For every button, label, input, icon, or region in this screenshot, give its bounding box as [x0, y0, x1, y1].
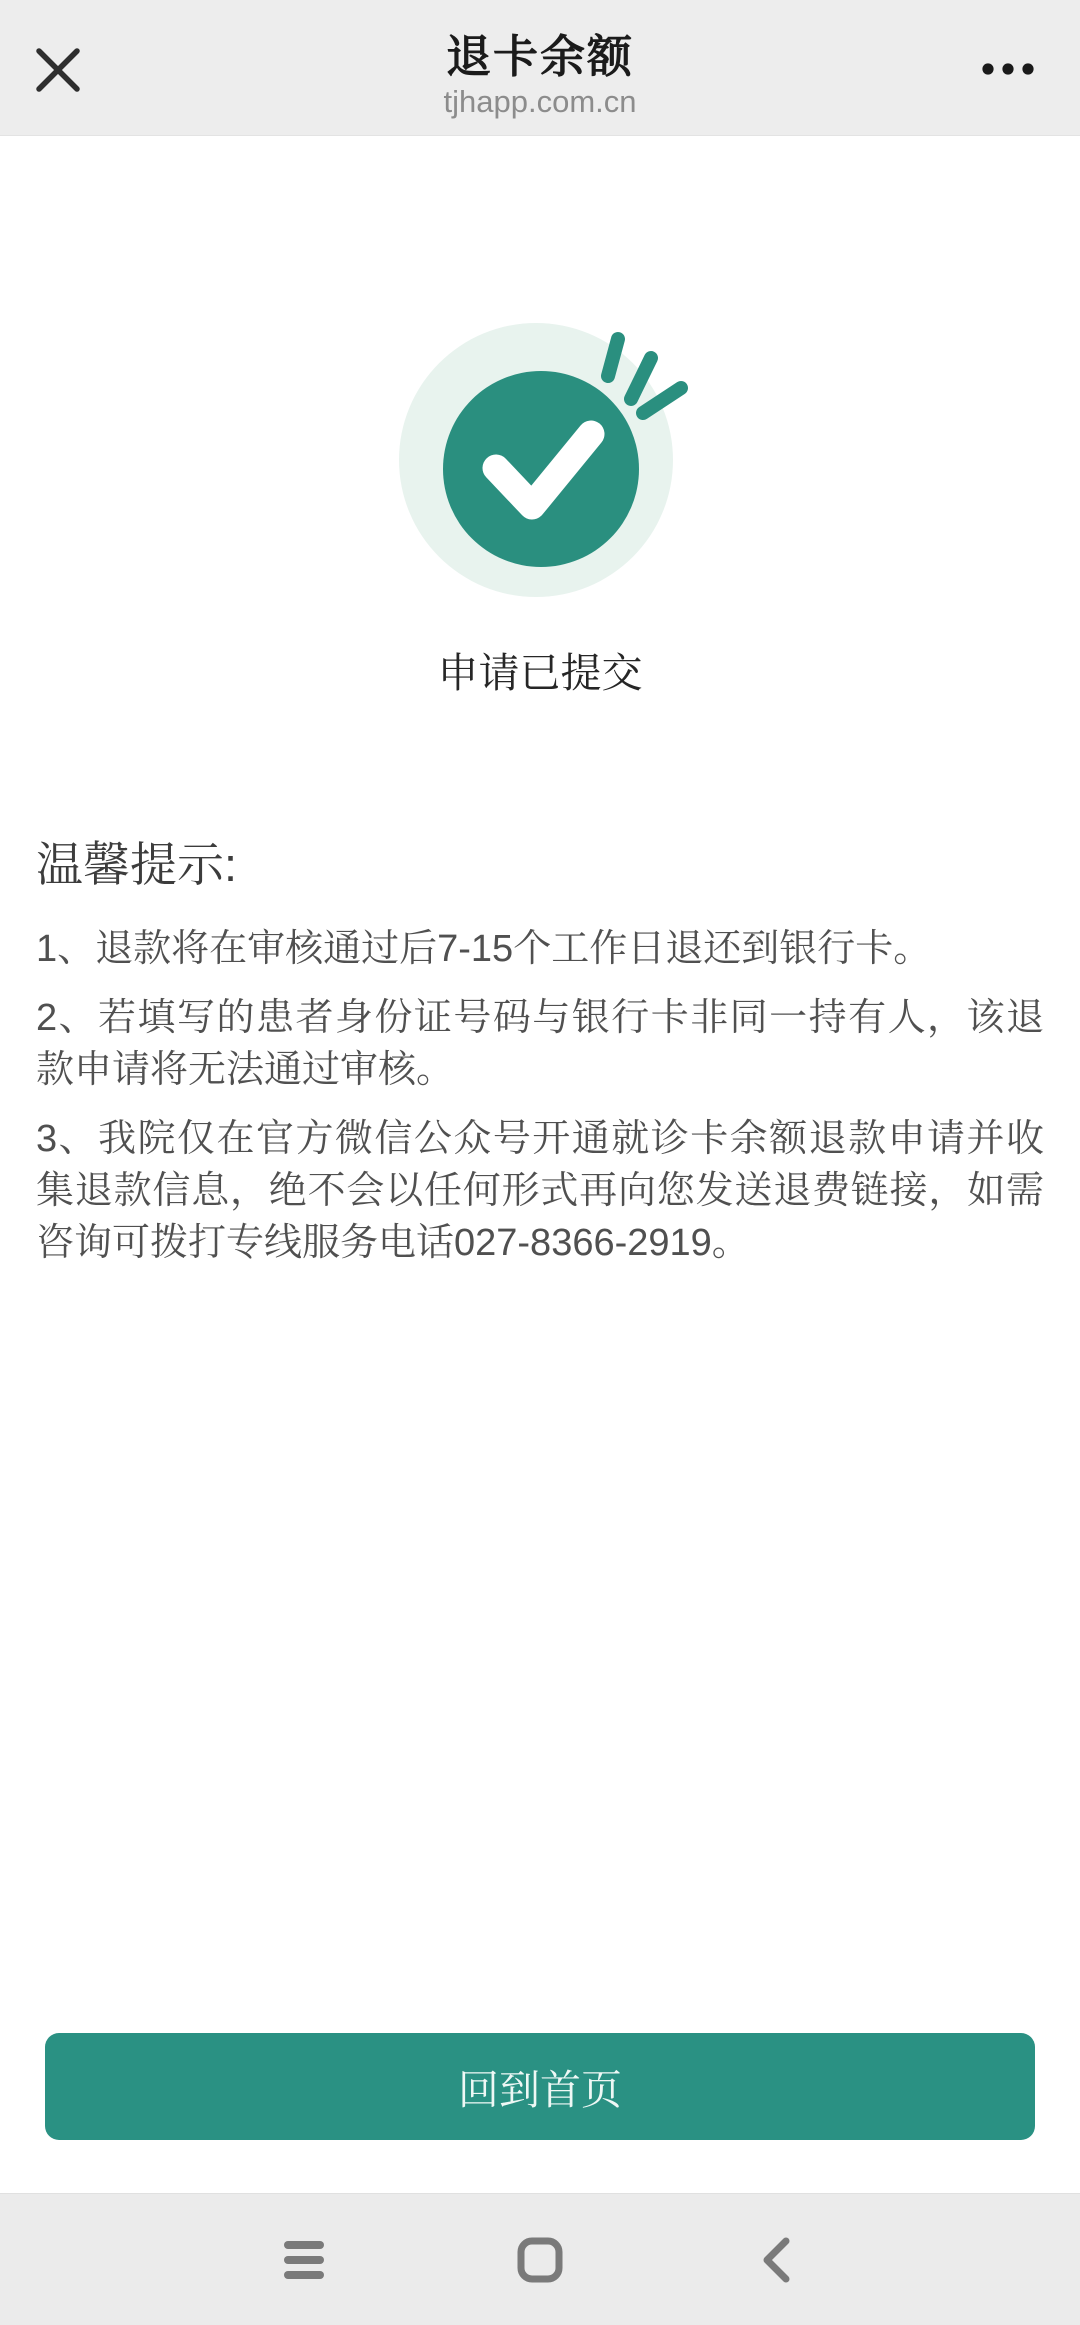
status-message: 申请已提交	[0, 640, 1080, 699]
wechat-titlebar: 退卡余额 tjhapp.com.cn	[0, 0, 1080, 136]
tips-section: 温馨提示: 1、退款将在审核通过后7-15个工作日退还到银行卡。 2、若填写的患…	[36, 828, 1044, 1286]
recents-icon	[282, 2238, 326, 2282]
back-icon	[762, 2237, 790, 2283]
android-navbar	[0, 2193, 1080, 2325]
page-url: tjhapp.com.cn	[0, 84, 1080, 120]
tip-item: 1、退款将在审核通过后7-15个工作日退还到银行卡。	[36, 923, 1044, 975]
page-title: 退卡余额	[0, 20, 1080, 85]
back-button[interactable]	[748, 2215, 804, 2305]
back-to-home-button[interactable]: 回到首页	[45, 2033, 1035, 2140]
home-icon	[517, 2237, 563, 2283]
more-dots-icon	[978, 57, 1038, 81]
tips-heading: 温馨提示:	[36, 828, 1044, 895]
home-button[interactable]	[512, 2215, 568, 2305]
more-menu-button[interactable]	[970, 40, 1046, 100]
success-check-icon	[384, 318, 696, 610]
tip-item: 2、若填写的患者身份证号码与银行卡非同一持有人，该退款申请将无法通过审核。	[36, 992, 1044, 1096]
tip-item: 3、我院仅在官方微信公众号开通就诊卡余额退款申请并收集退款信息，绝不会以任何形式…	[36, 1113, 1044, 1269]
recents-button[interactable]	[276, 2215, 332, 2305]
